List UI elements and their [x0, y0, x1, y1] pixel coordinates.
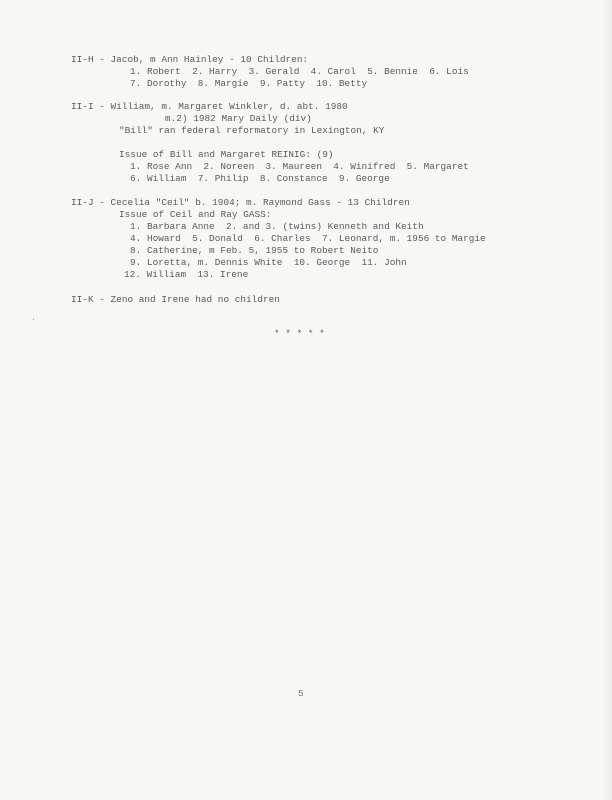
- page-number: 5: [298, 688, 304, 699]
- children-line: 1. Rose Ann 2. Noreen 3. Maureen 4. Wini…: [130, 161, 469, 173]
- children-line: 7. Dorothy 8. Margie 9. Patty 10. Betty: [130, 78, 367, 90]
- section-heading-ii-i: II-I - William, m. Margaret Winkler, d. …: [71, 101, 348, 113]
- second-marriage: m.2) 1982 Mary Daily (div): [165, 113, 312, 125]
- issue-heading: Issue of Ceil and Ray GASS:: [119, 209, 271, 221]
- section-note: "Bill" ran federal reformatory in Lexing…: [119, 125, 384, 137]
- children-line: 4. Howard 5. Donald 6. Charles 7. Leonar…: [130, 233, 486, 245]
- children-line: 9. Loretta, m. Dennis White 10. George 1…: [130, 257, 407, 269]
- children-line: 6. William 7. Philip 8. Constance 9. Geo…: [130, 173, 390, 185]
- children-line: 12. William 13. Irene: [124, 269, 248, 281]
- children-line: 8. Catherine, m Feb. 5, 1955 to Robert N…: [130, 245, 378, 257]
- page-edge: [602, 0, 612, 800]
- issue-heading: Issue of Bill and Margaret REINIG: (9): [119, 149, 334, 161]
- section-heading-ii-h: II-H - Jacob, m Ann Hainley - 10 Childre…: [71, 54, 308, 66]
- section-separator: * * * * *: [274, 328, 325, 340]
- children-line: 1. Robert 2. Harry 3. Gerald 4. Carol 5.…: [130, 66, 469, 78]
- children-line: 1. Barbara Anne 2. and 3. (twins) Kennet…: [130, 221, 424, 233]
- scan-speck: [33, 319, 34, 320]
- section-heading-ii-j: II-J - Cecelia "Ceil" b. 1904; m. Raymon…: [71, 197, 410, 209]
- section-heading-ii-k: II-K - Zeno and Irene had no children: [71, 294, 280, 306]
